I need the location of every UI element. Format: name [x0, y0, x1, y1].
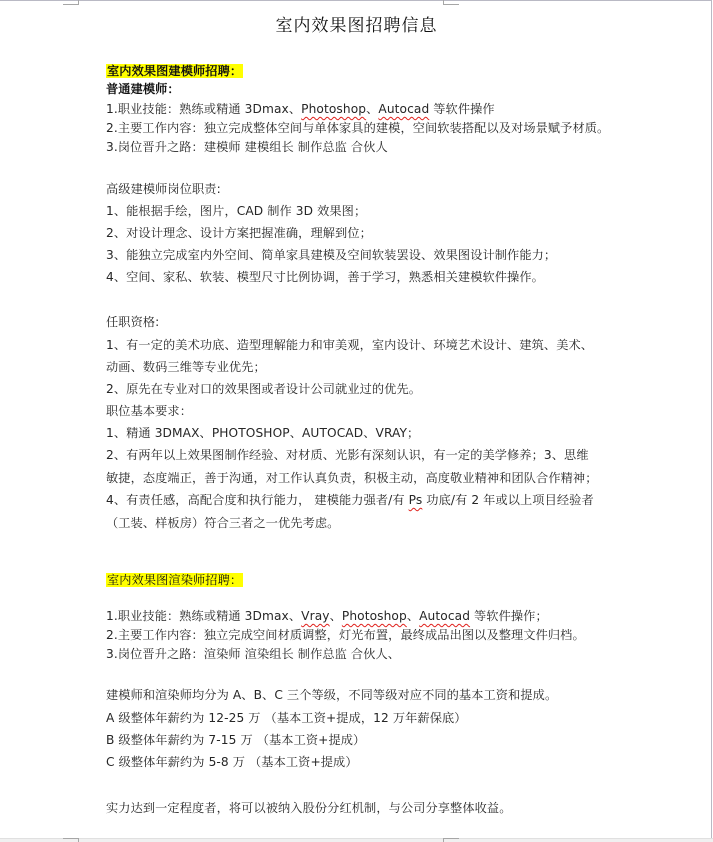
senior-item-2[interactable]: 2、对设计理念、设计方案把握准确，理解到位； [106, 224, 372, 241]
text-run: 1.职业技能：熟练或精通 3Dmax、 [106, 102, 301, 116]
modeler-item-3[interactable]: 3.岗位晋升之路：建模师 建模组长 制作总监 合伙人 [106, 138, 388, 155]
senior-item-1[interactable]: 1、能根据手绘，图片，CAD 制作 3D 效果图； [106, 202, 366, 219]
qualifications-heading[interactable]: 任职资格: [106, 313, 159, 330]
text-run: 等软件操作 [429, 102, 494, 116]
qualifications-item-1-cont[interactable]: 动画、数码三维等专业优先； [106, 358, 266, 375]
spellcheck-word[interactable]: Ps [409, 493, 423, 507]
senior-item-4[interactable]: 4、空间、家私、软装、模型尺寸比例协调，善于学习，熟悉相关建模软件操作。 [106, 268, 544, 285]
closing-statement[interactable]: 实力达到一定程度者，将可以被纳入股份分红机制，与公司分享整体收益。 [106, 799, 512, 816]
basic-req-item-4-cont[interactable]: （工装、样板房）符合三者之一优先考虑。 [106, 514, 339, 531]
salary-level-b[interactable]: B 级整体年薪约为 7-15 万 （基本工资+提成） [106, 731, 365, 748]
spellcheck-word[interactable]: Vray [301, 609, 329, 623]
highlighted-heading-text: 室内效果图建模师招聘： [106, 64, 243, 78]
text-run: 1.职业技能：熟练或精通 3Dmax、 [106, 609, 301, 623]
margin-corner-mark [63, 0, 79, 5]
spellcheck-word[interactable]: Photoshop [342, 609, 407, 623]
text-run: 功底/有 2 年或以上项目经验者 [422, 493, 593, 507]
document-title[interactable]: 室内效果图招聘信息 [0, 11, 713, 36]
margin-corner-mark [443, 0, 459, 5]
salary-intro[interactable]: 建模师和渲染师均分为 A、B、C 三个等级，不同等级对应不同的基本工资和提成。 [106, 686, 557, 703]
modeler-item-2[interactable]: 2.主要工作内容：独立完成整体空间与单体家具的建模，空间软装搭配以及对场景赋予材… [106, 119, 609, 136]
margin-corner-mark [63, 838, 79, 842]
highlighted-heading-text: 室内效果图渲染师招聘： [106, 573, 243, 587]
modeler-section-heading[interactable]: 室内效果图建模师招聘： [106, 62, 243, 79]
senior-heading[interactable]: 高级建模师岗位职责: [106, 180, 221, 197]
qualifications-item-2[interactable]: 2、原先在专业对口的效果图或者设计公司就业过的优先。 [106, 380, 421, 397]
margin-corner-mark [443, 838, 459, 842]
modeler-subheading[interactable]: 普通建模师： [106, 80, 180, 97]
senior-item-3[interactable]: 3、能独立完成室内外空间、简单家具建模及空间软装罢设、效果图设计制作能力； [106, 246, 556, 263]
qualifications-item-1[interactable]: 1、有一定的美术功底、造型理解能力和审美观，室内设计、环境艺术设计、建筑、美术、 [106, 336, 593, 353]
modeler-item-1[interactable]: 1.职业技能：熟练或精通 3Dmax、Photoshop、Autocad 等软件… [106, 100, 495, 117]
salary-level-c[interactable]: C 级整体年薪约为 5-8 万 （基本工资+提成） [106, 753, 358, 770]
spellcheck-word[interactable]: Autocad [378, 102, 429, 116]
spellcheck-word[interactable]: Autocad [419, 609, 470, 623]
basic-req-item-4[interactable]: 4、有责任感，高配合度和执行能力， 建模能力强者/有 Ps 功底/有 2 年或以… [106, 491, 594, 508]
text-run: 4、有责任感，高配合度和执行能力， 建模能力强者/有 [106, 493, 409, 507]
basic-req-item-2-cont[interactable]: 敏捷，态度端正，善于沟通，对工作认真负责，积极主动，高度敬业精神和团队合作精神； [106, 469, 598, 486]
basic-req-item-1[interactable]: 1、精通 3DMAX、PHOTOSHOP、AUTOCAD、VRAY； [106, 424, 419, 441]
spellcheck-word[interactable]: Photoshop [301, 102, 366, 116]
text-run: 、 [407, 609, 419, 623]
page-gap [0, 838, 713, 842]
text-run: 、 [366, 102, 378, 116]
renderer-item-1[interactable]: 1.职业技能：熟练或精通 3Dmax、Vray、Photoshop、Autoca… [106, 607, 548, 624]
renderer-item-2[interactable]: 2.主要工作内容：独立完成空间材质调整，灯光布置，最终成品出图以及整理文件归档。 [106, 626, 585, 643]
basic-req-item-2[interactable]: 2、有两年以上效果图制作经验、对材质、光影有深刻认识，有一定的美学修养；3、思维 [106, 446, 589, 463]
renderer-item-3[interactable]: 3.岗位晋升之路：渲染师 渲染组长 制作总监 合伙人、 [106, 645, 400, 662]
text-run: 、 [330, 609, 342, 623]
renderer-section-heading[interactable]: 室内效果图渲染师招聘： [106, 571, 243, 588]
basic-requirements-heading[interactable]: 职位基本要求： [106, 402, 192, 419]
text-run: 等软件操作； [470, 609, 548, 623]
salary-level-a[interactable]: A 级整体年薪约为 12-25 万 （基本工资+提成，12 万年薪保底） [106, 709, 467, 726]
